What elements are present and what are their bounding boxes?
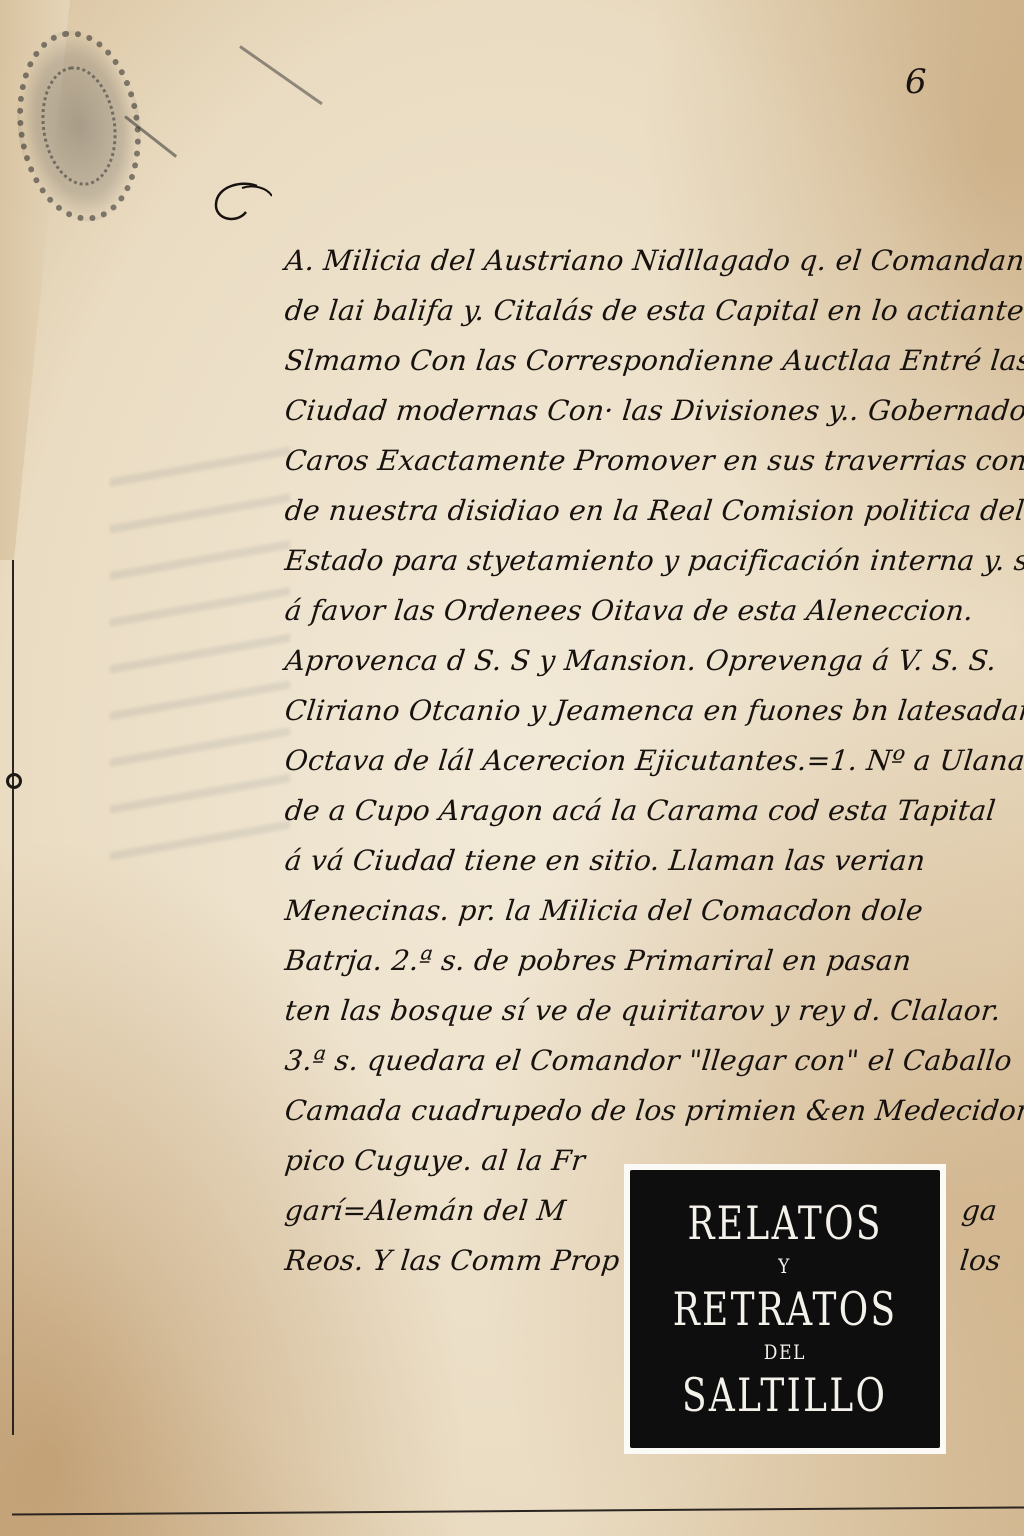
manuscript-line: A. Milicia del Austriano Nidllagado q. e… xyxy=(282,236,1024,286)
title-panel: RELATOS Y RETRATOS DEL SALTILLO xyxy=(630,1170,940,1448)
flourish-icon xyxy=(212,182,272,228)
title-word-relatos: RELATOS xyxy=(687,1194,882,1252)
manuscript-line: á favor las Ordenees Oitava de esta Alen… xyxy=(282,586,1024,636)
manuscript-line: Camada cuadrupedo de los primien &en Med… xyxy=(282,1086,1024,1136)
manuscript-line: Estado para styetamiento y pacificación … xyxy=(282,536,1024,586)
title-word-saltillo: SALTILLO xyxy=(682,1366,887,1424)
manuscript-line-tail: los xyxy=(957,1236,1003,1286)
title-word-del: DEL xyxy=(764,1338,806,1366)
margin-ring-icon xyxy=(6,773,22,789)
manuscript-line: Cliriano Otcanio y Jeamenca en fuones bn… xyxy=(282,686,1024,736)
manuscript-line: ten las bosque sí ve de quiritarov y rey… xyxy=(282,986,1024,1036)
margin-rule xyxy=(12,560,14,1435)
page-number: 6 xyxy=(905,62,927,102)
title-word-retratos: RETRATOS xyxy=(673,1280,898,1338)
manuscript-line: de lai balifa y. Citalás de esta Capital… xyxy=(282,286,1024,336)
manuscript-line: á vá Ciudad tiene en sitio. Llaman las v… xyxy=(282,836,1024,886)
manuscript-line: de nuestra disidiao en la Real Comision … xyxy=(282,486,1024,536)
manuscript-line: Caros Exactamente Promover en sus traver… xyxy=(282,436,1024,486)
ink-stroke xyxy=(239,45,323,105)
title-overlay: RELATOS Y RETRATOS DEL SALTILLO xyxy=(624,1164,946,1454)
manuscript-line: de a Cupo Aragon acá la Carama cod esta … xyxy=(282,786,1024,836)
manuscript-line: Octava de lál Acerecion Ejicutantes.=1. … xyxy=(282,736,1024,786)
manuscript-line: Aprovenca d S. S y Mansion. Oprevenga á … xyxy=(282,636,1024,686)
bleed-through-text xyxy=(110,440,290,860)
manuscript-line: Slmamo Con las Correspondienne Auctlaa E… xyxy=(282,336,1024,386)
manuscript-line: Menecinas. pr. la Milicia del Comacdon d… xyxy=(282,886,1024,936)
handwritten-text: A. Milicia del Austriano Nidllagado q. e… xyxy=(285,236,1024,1286)
manuscript-line: Ciudad modernas Con· las Divisiones y.. … xyxy=(282,386,1024,436)
manuscript-line: 3.ª s. quedara el Comandor "llegar con" … xyxy=(282,1036,1024,1086)
seal-inner-ring xyxy=(34,61,124,190)
manuscript-line: Batrja. 2.ª s. de pobres Primariral en p… xyxy=(282,936,1024,986)
title-word-y: Y xyxy=(779,1252,792,1280)
bottom-rule xyxy=(12,1506,1024,1515)
manuscript-page: 6 A. Milicia del Austriano Nidllagado q.… xyxy=(0,0,1024,1536)
manuscript-line-tail: ga xyxy=(959,1186,999,1236)
